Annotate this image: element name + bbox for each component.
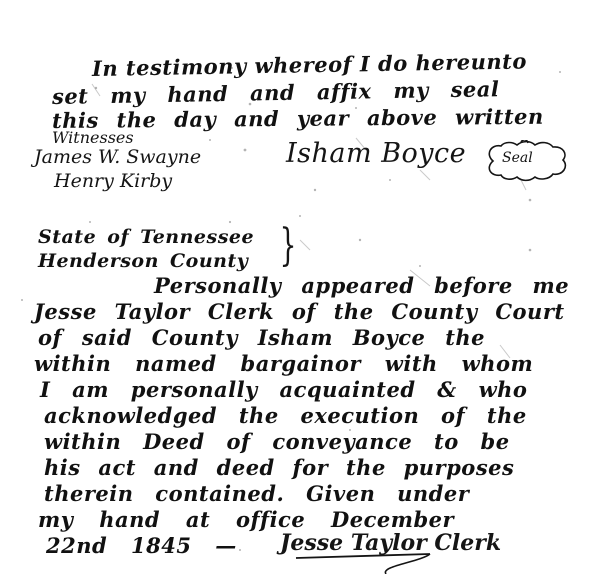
clerk-signature: Jesse Taylor Clerk: [280, 530, 501, 556]
seal-label: Seal: [502, 150, 533, 166]
ack-line-6: acknowledged the execution of the: [44, 403, 527, 428]
ack-line-10: my hand at office December: [38, 507, 454, 532]
ack-line-8: his act and deed for the purposes: [44, 455, 514, 480]
witness-name-1: James W. Swayne: [34, 146, 201, 168]
ack-line-5: I am personally acquainted & who: [40, 377, 527, 402]
ack-line-1: Personally appeared before me: [154, 273, 569, 298]
ack-line-9: therein contained. Given under: [44, 481, 469, 506]
ack-line-7: within Deed of conveyance to be: [44, 429, 510, 454]
ack-line-4: within named bargainor with whom: [34, 351, 533, 376]
ack-line-3: of said County Isham Boyce the: [38, 325, 485, 350]
grantor-signature: Isham Boyce: [286, 138, 466, 169]
ack-line-2: Jesse Taylor Clerk of the County Court: [34, 299, 565, 324]
witnesses-label: Witnesses: [52, 128, 134, 147]
venue-county: Henderson County: [38, 250, 248, 272]
ack-line-11-date: 22nd 1845 —: [46, 533, 237, 558]
curly-brace-icon: }: [280, 224, 297, 268]
scanned-document-page: In testimony whereof I do hereunto set m…: [0, 0, 600, 574]
venue-state: State of Tennessee: [38, 226, 254, 248]
witness-name-2: Henry Kirby: [54, 170, 172, 192]
